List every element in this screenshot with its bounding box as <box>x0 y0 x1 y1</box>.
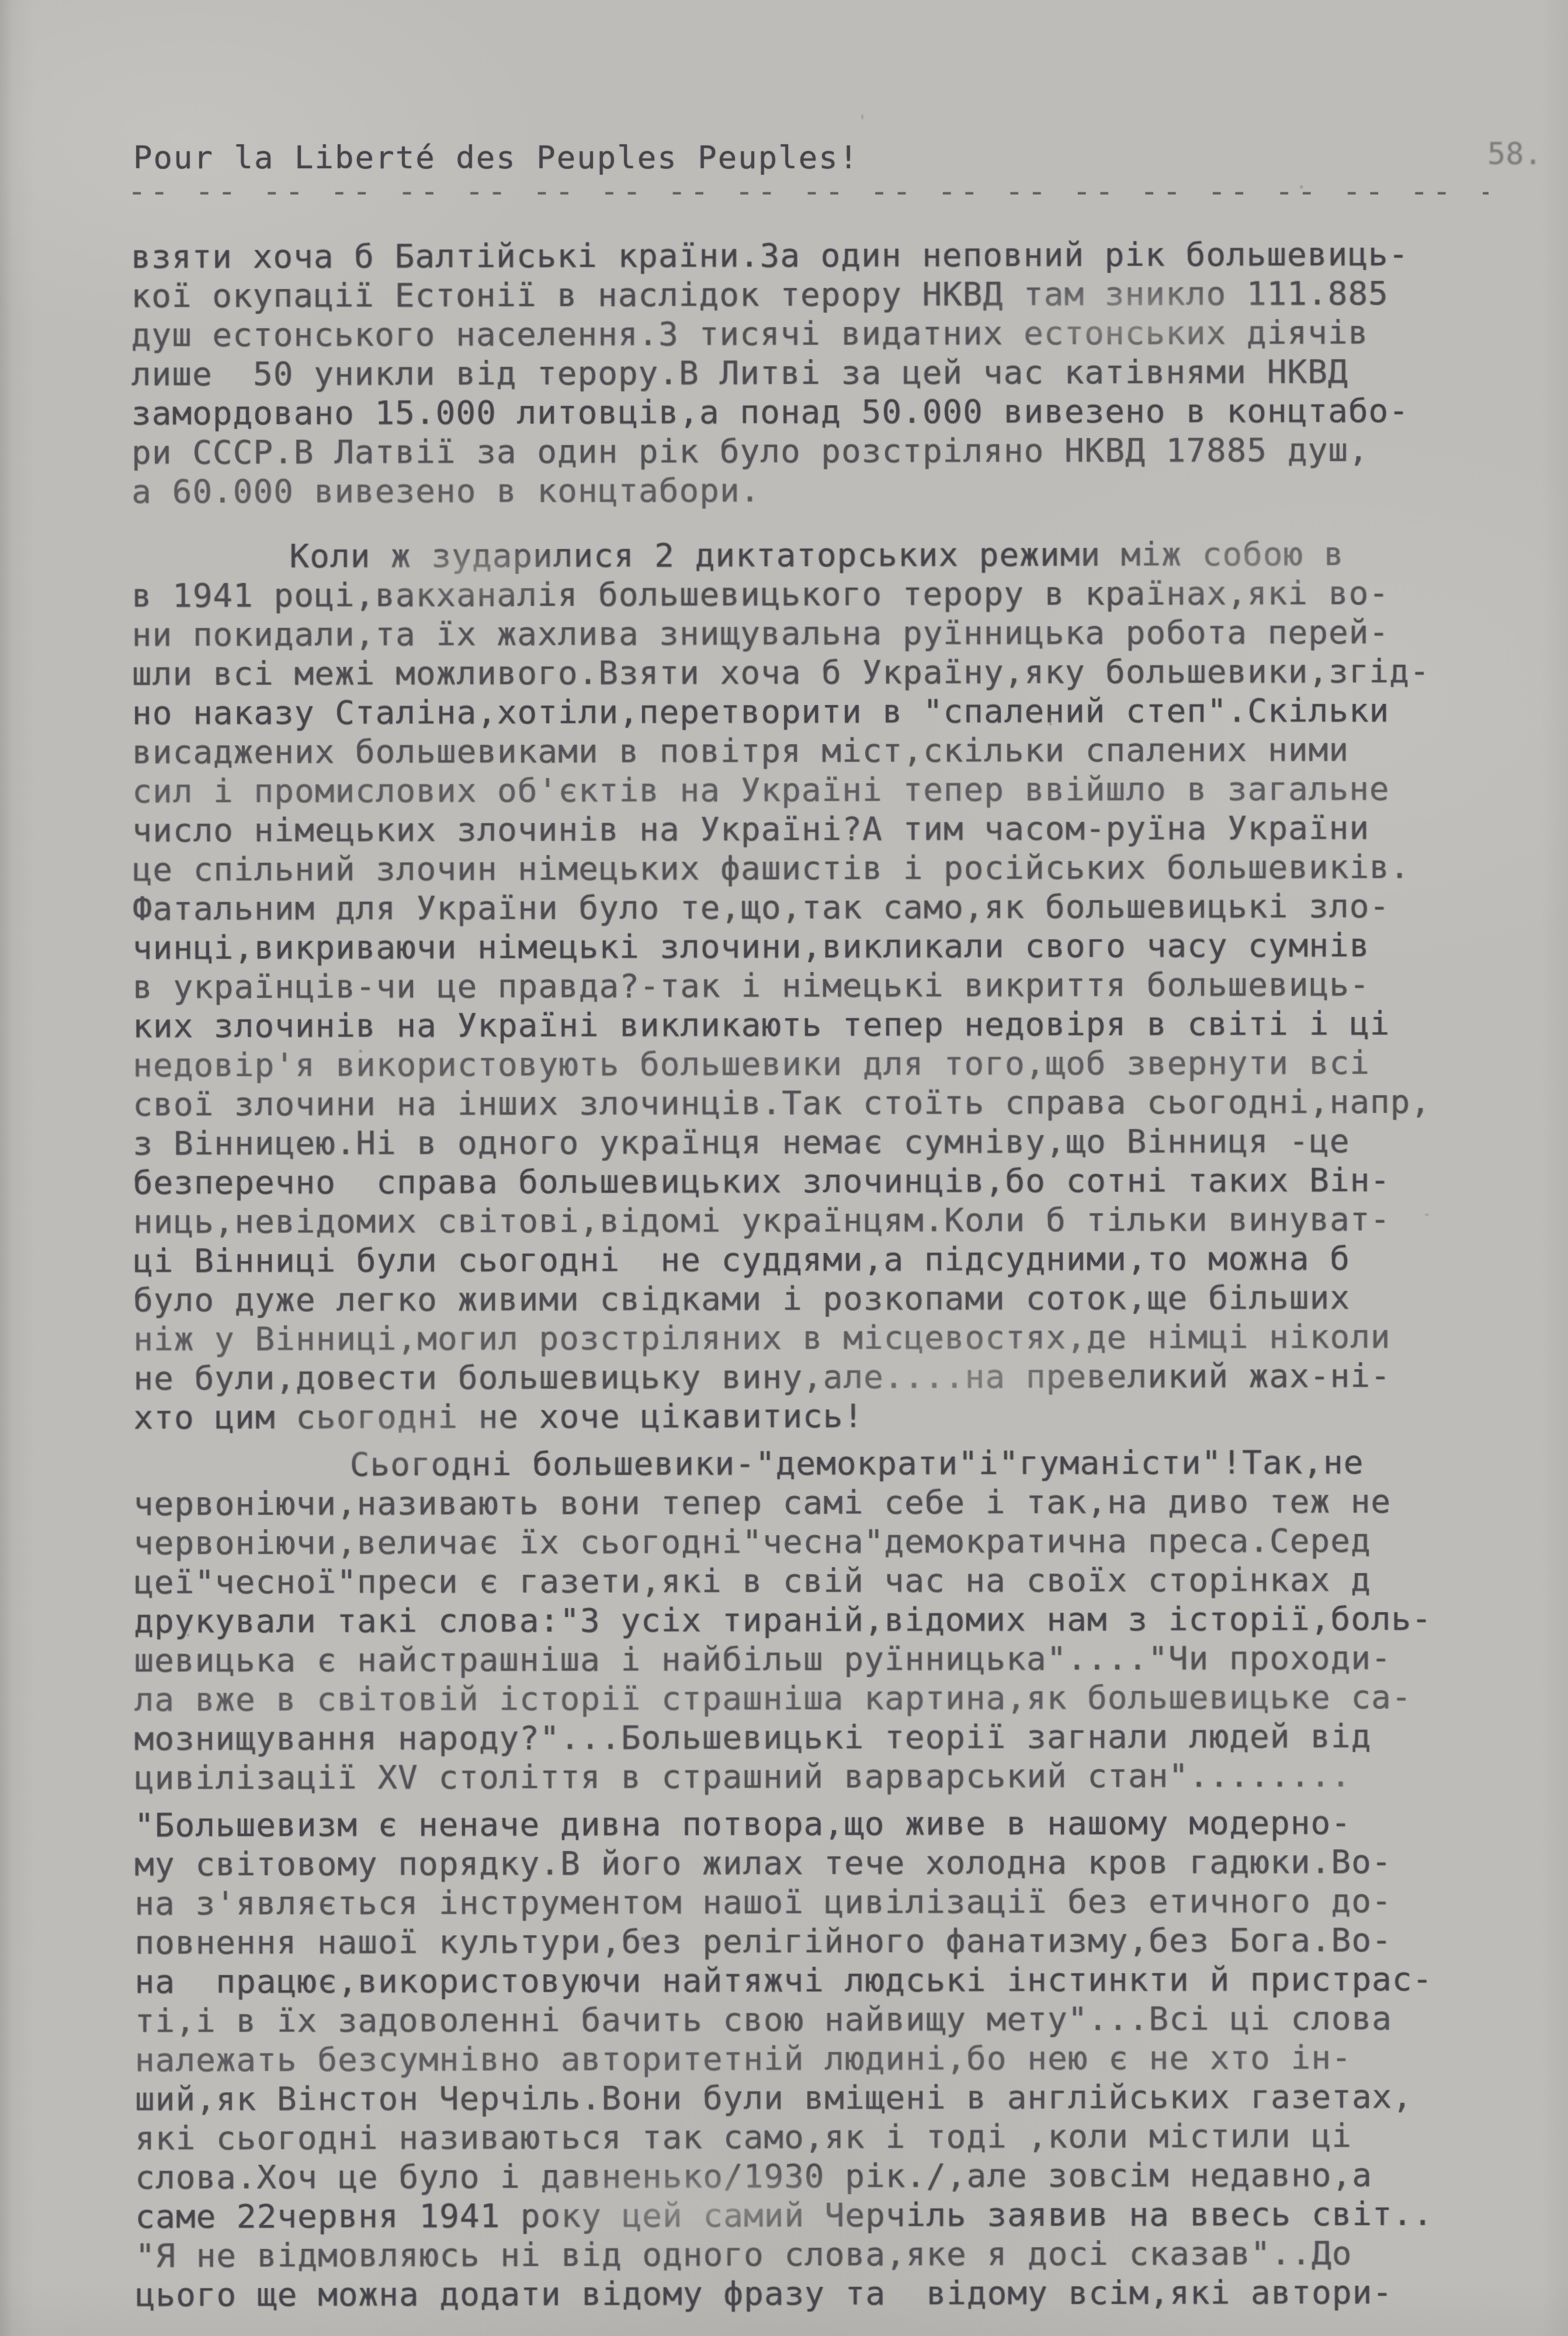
text-line: душ естонського населення.З тисячі видат… <box>131 313 1510 355</box>
header-title: Pour la Liberté des Peuples Peuples! <box>133 139 859 176</box>
text-line: в українців-чи це правда?-так і німецькі… <box>133 965 1511 1007</box>
text-line: Коли ж зударилися 2 диктаторських режими… <box>131 534 1510 577</box>
text-line: ніж у Вінниці,могил розстріляних в місце… <box>133 1317 1512 1359</box>
text-line: було дуже легко живими свідками і розкоп… <box>133 1278 1512 1320</box>
page-header: Pour la Liberté des Peuples Peuples! -- … <box>133 139 1500 176</box>
text-line: в 1941 році,вакханалія большевицького те… <box>131 574 1510 616</box>
text-line: саме 22червня 1941 року цей самий Черчіл… <box>135 2195 1514 2237</box>
text-line: ті,і в їх задоволенні бачить свою найвищ… <box>135 1999 1514 2041</box>
text-line: Фатальним для України було те,що,так сам… <box>133 887 1511 929</box>
text-line: взяти хоча б Балтійські країни.За один н… <box>131 235 1510 277</box>
text-line: які сьогодні називаються так само,як і т… <box>135 2116 1514 2158</box>
text-line: на з'являється інструментом нашої цивілі… <box>134 1882 1513 1924</box>
text-line: ший,як Вінстон Черчіль.Вони були вміщені… <box>135 2077 1514 2119</box>
text-line: свої злочини на інших злочинців.Так стої… <box>133 1082 1511 1124</box>
text-line: ри СССР.В Латвії за один рік було розстр… <box>131 431 1510 473</box>
text-line: замордовано 15.000 литовців,а понад 50.0… <box>131 391 1510 433</box>
text-line: цеї"чесної"преси є газети,які в свій час… <box>134 1560 1513 1602</box>
text-line: ла вже в світовій історії страшніша карт… <box>134 1678 1513 1720</box>
text-line: шевицька є найстрашніша і найбільш руїнн… <box>134 1639 1513 1681</box>
text-line: ких злочинів на Україні викликають тепер… <box>133 1004 1511 1046</box>
text-line: повнення нашої культури,без релігійного … <box>134 1921 1513 1963</box>
text-line: на працює,використовуючи найтяжчі людськ… <box>134 1960 1513 2002</box>
text-line: лише 50 уникли від терору.В Литві за цей… <box>131 352 1510 394</box>
header-underline-dashes: -- -- -- -- -- -- -- -- -- -- -- -- -- -… <box>127 173 1489 210</box>
paragraph: "Большевизм є неначе дивна потвора,що жи… <box>134 1803 1514 2315</box>
text-line: "Большевизм є неначе дивна потвора,що жи… <box>134 1803 1513 1845</box>
text-line: недовір'я використовують большевики для … <box>133 1043 1511 1085</box>
text-line: це спільний злочин німецьких фашистів і … <box>132 848 1511 890</box>
text-line: не були,довести большевицьку вину,але...… <box>133 1356 1512 1398</box>
text-line: друкували такі слова:"З усіх тираній,від… <box>134 1599 1513 1641</box>
paragraph: Коли ж зударилися 2 диктаторських режими… <box>131 534 1512 1438</box>
text-line: Сьогодні большевики-"демократи"і"гуманіс… <box>134 1443 1513 1485</box>
paragraph: взяти хоча б Балтійські країни.За один н… <box>131 235 1510 512</box>
text-line: безперечно справа большевицьких злочинці… <box>133 1161 1512 1203</box>
text-line: но наказу Сталіна,хотіли,перетворити в "… <box>132 691 1511 733</box>
text-line: належать безсумнівно авторитетній людині… <box>135 2038 1514 2080</box>
text-line: цивілізації XV століття в страшний варва… <box>134 1756 1513 1798</box>
text-line: ниць,невідомих світові,відомі українцям.… <box>133 1200 1512 1242</box>
page-number: 58. <box>1487 137 1542 172</box>
text-line: "Я не відмовляюсь ні від одного слова,як… <box>135 2234 1514 2276</box>
document-page: Pour la Liberté des Peuples Peuples! -- … <box>0 0 1568 2336</box>
text-line: кої окупації Естонії в наслідок терору Н… <box>131 274 1510 316</box>
text-line: хто цим сьогодні не хоче цікавитись! <box>133 1396 1512 1438</box>
text-line: сил і промислових об'єктів на Україні те… <box>132 769 1511 811</box>
text-line: висаджених большевиками в повітря міст,с… <box>132 730 1511 772</box>
document-body: взяти хоча б Балтійські країни.За один н… <box>131 235 1514 2315</box>
text-line: чинці,викриваючи німецькі злочини,виклик… <box>133 926 1511 968</box>
text-line: червоніючи,величає їх сьогодні"чесна"дем… <box>134 1521 1513 1563</box>
text-line: ці Вінниці були сьогодні не суддями,а пі… <box>133 1239 1512 1281</box>
paragraph: Сьогодні большевики-"демократи"і"гуманіс… <box>134 1443 1513 1798</box>
text-line: слова.Хоч це було і давненько/1930 рік./… <box>135 2155 1514 2198</box>
text-line: ни покидали,та їх жахлива знищувальна ру… <box>132 613 1511 655</box>
text-line: з Вінницею.Ні в одного українця немає су… <box>133 1122 1511 1164</box>
text-line: цього ще можна додати відому фразу та ві… <box>136 2273 1514 2315</box>
text-line: число німецьких злочинів на Україні?А ти… <box>132 808 1511 851</box>
text-line: червоніючи,називають вони тепер самі себ… <box>134 1482 1513 1524</box>
text-line: мознищування народу?"...Большевицькі тео… <box>134 1717 1513 1759</box>
text-line: шли всі межі можливого.Взяти хоча б Укра… <box>132 652 1511 694</box>
text-line: му світовому порядку.В його жилах тече х… <box>134 1842 1513 1884</box>
text-line: а 60.000 вивезено в концтабори. <box>131 470 1510 512</box>
